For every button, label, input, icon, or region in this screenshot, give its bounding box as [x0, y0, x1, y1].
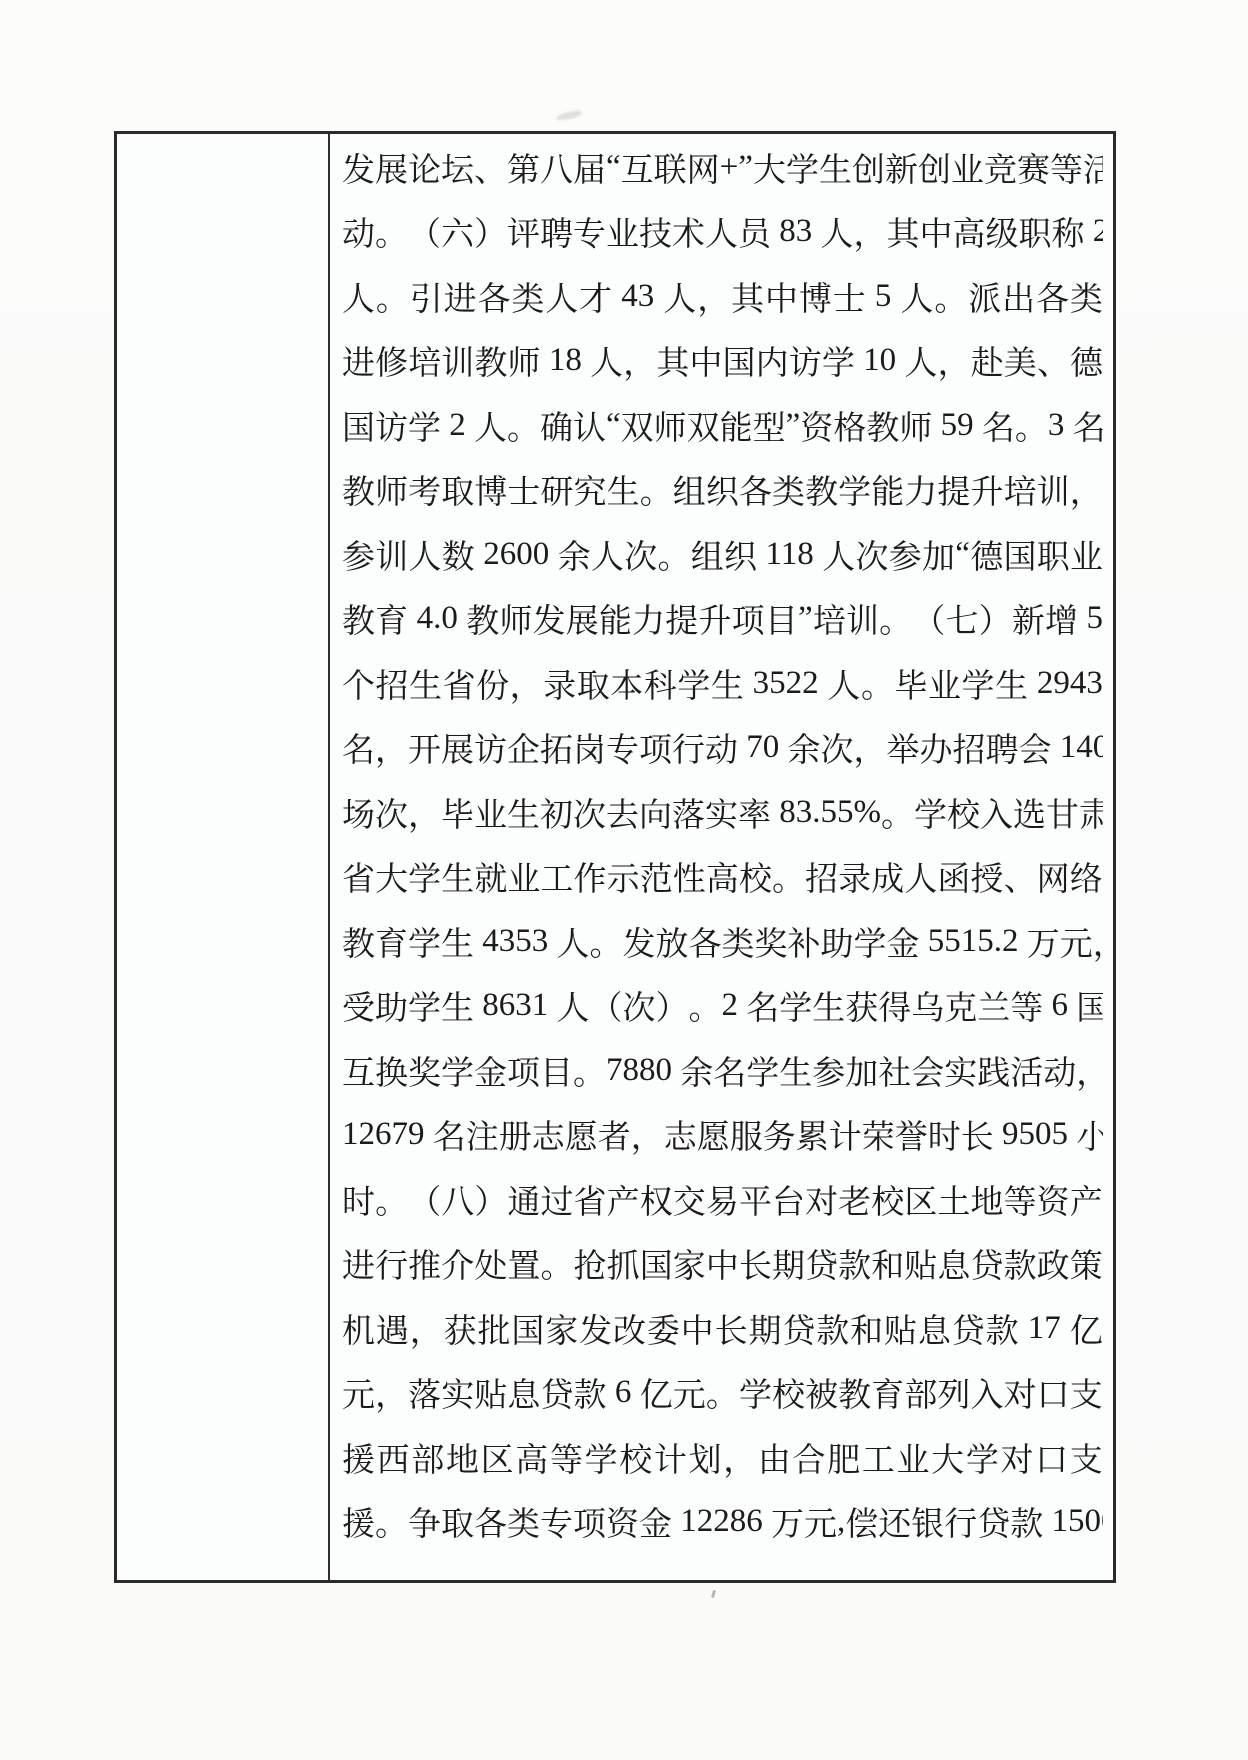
- scanned-document-page: 发展论坛、第八届“互联网+”大学生创新创业竞赛等活 动。（六）评聘专业技术人员 …: [0, 0, 1248, 1760]
- text-line: 教育 4.0 教师发展能力提升项目”培训。（七）新增 5: [342, 587, 1103, 652]
- text-line: 国访学 2 人。确认“双师双能型”资格教师 59 名。3 名: [342, 393, 1103, 458]
- text-line: 12679 名注册志愿者，志愿服务累计荣誉时长 9505 小: [342, 1103, 1103, 1168]
- scan-speckle: [711, 1590, 716, 1599]
- text-line: 省大学生就业工作示范性高校。招录成人函授、网络: [342, 845, 1103, 910]
- text-line: 教师考取博士研究生。组织各类教学能力提升培训，: [342, 458, 1103, 523]
- text-line: 人。引进各类人才 43 人，其中博士 5 人。派出各类: [342, 264, 1103, 329]
- scan-smudge: [556, 109, 583, 121]
- text-line: 名，开展访企拓岗专项行动 70 余次，举办招聘会 140: [342, 716, 1103, 781]
- text-line: 时。（八）通过省产权交易平台对老校区土地等资产: [342, 1167, 1103, 1232]
- text-line: 元，落实贴息贷款 6 亿元。学校被教育部列入对口支: [342, 1361, 1103, 1426]
- text-line: 发展论坛、第八届“互联网+”大学生创新创业竞赛等活: [342, 135, 1103, 200]
- text-line: 个招生省份，录取本科学生 3522 人。毕业学生 2943: [342, 651, 1103, 716]
- text-line: 援西部地区高等学校计划，由合肥工业大学对口支: [342, 1425, 1103, 1490]
- text-line: 援。争取各类专项资金 12286 万元,偿还银行贷款 1500: [342, 1490, 1103, 1555]
- table-body-cell: 发展论坛、第八届“互联网+”大学生创新创业竞赛等活 动。（六）评聘专业技术人员 …: [330, 134, 1113, 1580]
- text-line: 场次，毕业生初次去向落实率 83.55%。学校入选甘肃: [342, 780, 1103, 845]
- text-line: 教育学生 4353 人。发放各类奖补助学金 5515.2 万元，: [342, 909, 1103, 974]
- table-left-cell: [117, 134, 330, 1580]
- text-line: 互换奖学金项目。7880 余名学生参加社会实践活动，: [342, 1038, 1103, 1103]
- text-line: 进行推介处置。抢抓国家中长期贷款和贴息贷款政策: [342, 1232, 1103, 1297]
- text-line: 进修培训教师 18 人，其中国内访学 10 人，赴美、德: [342, 329, 1103, 394]
- text-line: 动。（六）评聘专业技术人员 83 人，其中高级职称 22: [342, 200, 1103, 265]
- text-line: 参训人数 2600 余人次。组织 118 人次参加“德国职业: [342, 522, 1103, 587]
- text-line: 受助学生 8631 人（次）。2 名学生获得乌克兰等 6 国: [342, 974, 1103, 1039]
- document-table: 发展论坛、第八届“互联网+”大学生创新创业竞赛等活 动。（六）评聘专业技术人员 …: [114, 131, 1116, 1583]
- text-line: 机遇，获批国家发改委中长期贷款和贴息贷款 17 亿: [342, 1296, 1103, 1361]
